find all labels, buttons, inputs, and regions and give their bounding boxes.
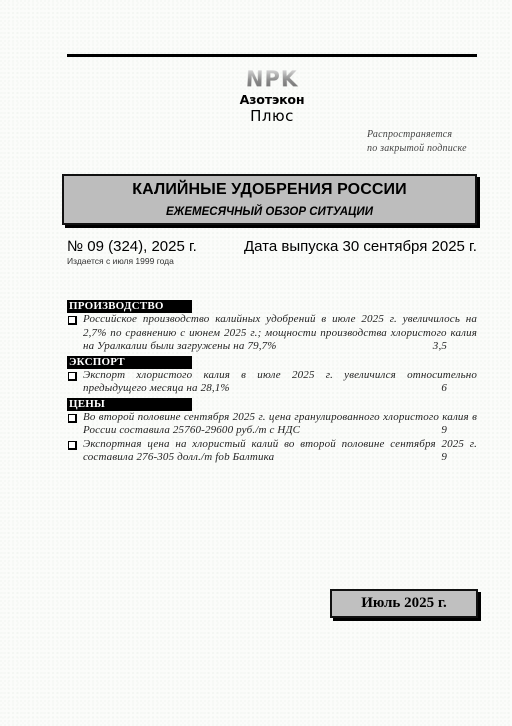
published-since: Издается с июля 1999 года (67, 256, 174, 266)
item-text: Во второй половине сентября 2025 г. цена… (83, 411, 477, 438)
page-reference: 9 (441, 424, 447, 438)
item-text: Экспортная цена на хлористый калий во вт… (83, 438, 477, 465)
item-text: Российское производство калийных удобрен… (83, 313, 477, 354)
list-item[interactable]: Во второй половине сентября 2025 г. цена… (67, 411, 477, 438)
logo-plus-text: Плюс (230, 108, 314, 124)
top-rule (67, 54, 477, 57)
distribution-note-line1: Распространяется (367, 128, 467, 142)
page-reference: 9 (441, 451, 447, 465)
page-reference: 6 (441, 382, 447, 396)
logo-npk-text: NPK (229, 68, 315, 91)
section-export: ЭКСПОРТ Экспорт хлористого калия в июле … (67, 356, 477, 396)
list-item[interactable]: Экспорт хлористого калия в июле 2025 г. … (67, 369, 477, 396)
list-item[interactable]: Экспортная цена на хлористый калий во вт… (67, 438, 477, 465)
page-reference: 3,5 (433, 340, 447, 354)
section-header: ЭКСПОРТ (67, 356, 192, 369)
checkbox-bullet-icon (68, 441, 77, 450)
distribution-note-line2: по закрытой подписке (367, 142, 467, 156)
checkbox-bullet-icon (68, 414, 77, 423)
publication-subtitle: ЕЖЕМЕСЯЧНЫЙ ОБЗОР СИТУАЦИИ (64, 205, 475, 219)
section-header: ПРОИЗВОДСТВО (67, 300, 192, 313)
checkbox-bullet-icon (68, 316, 77, 325)
distribution-note: Распространяется по закрытой подписке (367, 128, 467, 156)
company-logo: NPK Азотэкон Плюс (230, 68, 314, 124)
report-month-badge: Июль 2025 г. (330, 589, 478, 618)
section-header: ЦЕНЫ (67, 398, 192, 411)
logo-azotekon-text: Азотэкон (228, 93, 316, 107)
checkbox-bullet-icon (68, 372, 77, 381)
list-item[interactable]: Российское производство калийных удобрен… (67, 313, 477, 354)
publication-title: КАЛИЙНЫЕ УДОБРЕНИЯ РОССИИ (64, 181, 475, 199)
section-prices: ЦЕНЫ Во второй половине сентября 2025 г.… (67, 398, 477, 465)
section-production: ПРОИЗВОДСТВО Российское производство кал… (67, 300, 477, 354)
table-of-contents: ПРОИЗВОДСТВО Российское производство кал… (67, 300, 477, 467)
release-date: Дата выпуска 30 сентября 2025 г. (244, 238, 477, 255)
issue-number: № 09 (324), 2025 г. (67, 238, 197, 255)
item-text: Экспорт хлористого калия в июле 2025 г. … (83, 369, 477, 396)
title-box: КАЛИЙНЫЕ УДОБРЕНИЯ РОССИИ ЕЖЕМЕСЯЧНЫЙ ОБ… (62, 174, 477, 225)
